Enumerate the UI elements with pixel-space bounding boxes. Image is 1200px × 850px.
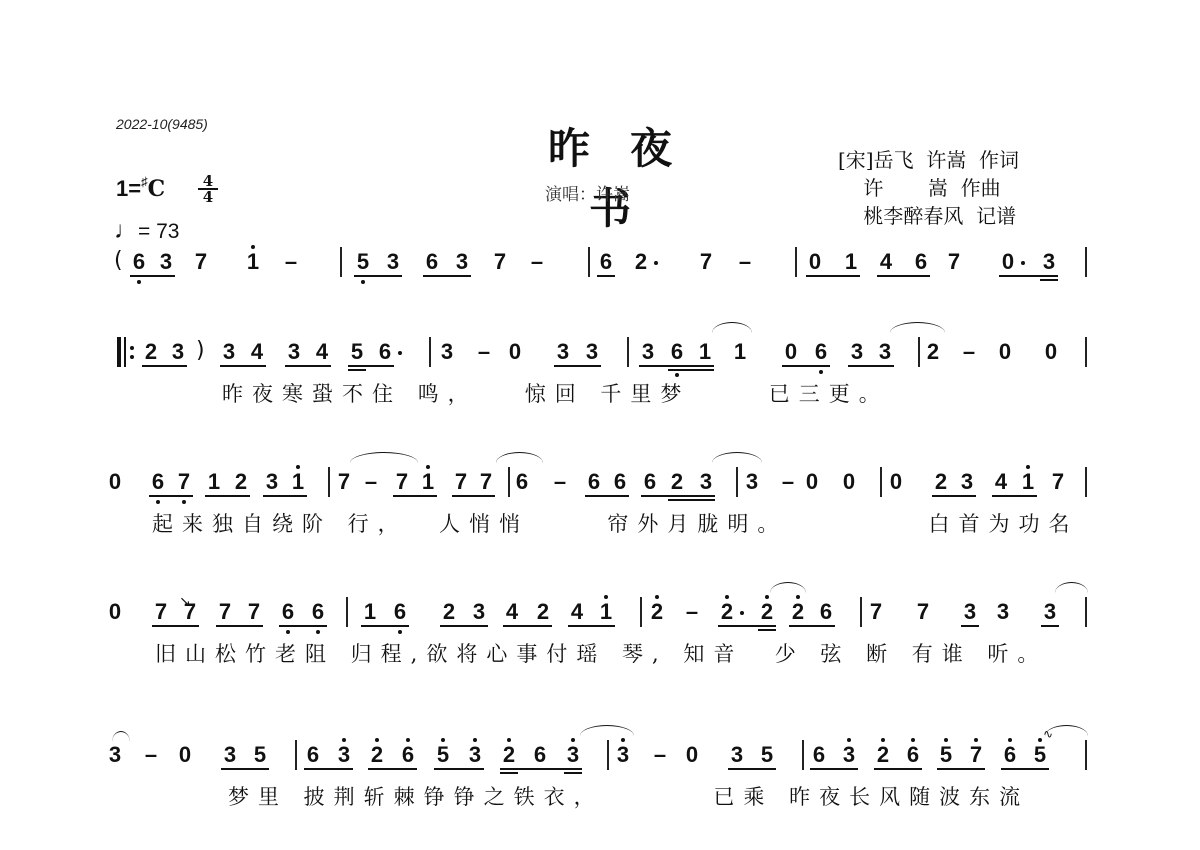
note: 5 [758, 743, 776, 767]
note: 0 [106, 470, 124, 494]
eighth-beam [789, 625, 835, 627]
sustain-dash: – [960, 340, 978, 364]
barline [295, 740, 297, 770]
note: 1 [731, 340, 749, 364]
barline [880, 467, 882, 497]
note: 6 [611, 470, 629, 494]
note: 6 [597, 250, 615, 274]
sixteenth-beam [500, 772, 518, 774]
eighth-beam [568, 625, 615, 627]
lyricist-credit: [宋]岳飞 许嵩 作词 [838, 146, 1019, 174]
key-note: C [148, 176, 166, 202]
slur-arc [890, 322, 945, 333]
note: 6 [531, 743, 549, 767]
barline [607, 740, 609, 770]
note: 2 [758, 600, 776, 624]
repeat-thick [117, 337, 121, 367]
eighth-beam [348, 365, 394, 367]
barline [736, 467, 738, 497]
note: 3 [106, 743, 124, 767]
high-octave-dot [655, 595, 659, 599]
eighth-beam [304, 768, 353, 770]
note: 3 [876, 340, 894, 364]
high-octave-dot [507, 738, 511, 742]
augmentation-dot [1021, 261, 1025, 265]
eighth-beam [452, 495, 495, 497]
note: 4 [877, 250, 895, 274]
note: 3 [220, 340, 238, 364]
note: 6 [399, 743, 417, 767]
sustain-dash: – [528, 250, 546, 274]
tempo-marking: ♩= 73 [114, 217, 179, 245]
eighth-beam [263, 495, 307, 497]
high-octave-dot [881, 738, 885, 742]
note: 0 [1042, 340, 1060, 364]
sixteenth-beam [1040, 279, 1058, 281]
note: 0 [176, 743, 194, 767]
slur-arc [350, 452, 418, 463]
note: 7 [245, 600, 263, 624]
eighth-beam [434, 768, 484, 770]
note: 6 [668, 340, 686, 364]
high-octave-dot [796, 595, 800, 599]
high-octave-dot [441, 738, 445, 742]
note: 2 [668, 470, 686, 494]
note: 2 [534, 600, 552, 624]
note: 0 [782, 340, 800, 364]
high-octave-dot [1026, 465, 1030, 469]
note: 3 [384, 250, 402, 274]
note: 3 [285, 340, 303, 364]
low-octave-dot [819, 370, 823, 374]
close-parenthesis: ) [196, 339, 205, 363]
note: 1 [205, 470, 223, 494]
note: 3 [994, 600, 1012, 624]
note: 3 [221, 743, 239, 767]
singer-credit: 演唱：许嵩 [545, 180, 630, 205]
eighth-beam [279, 625, 327, 627]
note: 6 [423, 250, 441, 274]
note: 7 [914, 600, 932, 624]
note: 3 [728, 743, 746, 767]
eighth-beam [641, 495, 715, 497]
eighth-beam [992, 495, 1037, 497]
barline [588, 247, 590, 277]
tempo-value: = 73 [138, 220, 179, 243]
note: 7 [867, 600, 885, 624]
low-octave-dot [182, 500, 186, 504]
note: 4 [568, 600, 586, 624]
note: 3 [453, 250, 471, 274]
slur-arc [712, 452, 762, 463]
note: 6 [904, 743, 922, 767]
note: 7 [175, 470, 193, 494]
low-octave-dot [361, 280, 365, 284]
eighth-beam [810, 768, 858, 770]
note: 0 [996, 340, 1014, 364]
note: 3 [554, 340, 572, 364]
barline [508, 467, 510, 497]
composer-credit: 许 嵩 作曲 [838, 174, 1019, 202]
eighth-beam [554, 365, 601, 367]
eighth-beam [393, 495, 437, 497]
note: 0 [806, 250, 824, 274]
sixteenth-beam [564, 772, 582, 774]
augmentation-dot [654, 261, 658, 265]
note: 5 [348, 340, 366, 364]
note: 1 [597, 600, 615, 624]
note: 3 [614, 743, 632, 767]
eighth-beam [999, 275, 1058, 277]
note: 3 [1041, 600, 1059, 624]
note: 7 [393, 470, 411, 494]
high-octave-dot [765, 595, 769, 599]
sustain-dash: – [142, 743, 160, 767]
augmentation-dot [740, 611, 744, 615]
barline [860, 597, 862, 627]
lyric-line: 昨夜寒蛩不住 鸣， 惊回 千里梦 已三更。 [222, 378, 889, 408]
low-octave-dot [398, 630, 402, 634]
mordent-icon: ∿ [1043, 727, 1051, 741]
high-octave-dot [974, 738, 978, 742]
sixteenth-beam [668, 499, 715, 501]
note: 2 [632, 250, 650, 274]
key-equals: = [128, 176, 141, 201]
note: 3 [438, 340, 456, 364]
note: 1 [289, 470, 307, 494]
note: 0 [999, 250, 1017, 274]
note: 7 [491, 250, 509, 274]
eighth-beam [728, 768, 776, 770]
note: 6 [1001, 743, 1019, 767]
note: 7 [192, 250, 210, 274]
eighth-beam [874, 768, 922, 770]
note: 7 [945, 250, 963, 274]
eighth-beam [718, 625, 776, 627]
tie-continuation [112, 731, 130, 742]
eighth-beam [149, 495, 193, 497]
sustain-dash: – [362, 470, 380, 494]
note: 7 [477, 470, 495, 494]
note: 2 [648, 600, 666, 624]
note: 0 [106, 600, 124, 624]
note: 2 [368, 743, 386, 767]
note: 6 [585, 470, 603, 494]
sustain-dash: – [779, 470, 797, 494]
eighth-beam [423, 275, 471, 277]
note: 6 [149, 470, 167, 494]
barline [429, 337, 431, 367]
eighth-beam [848, 365, 894, 367]
note: 3 [157, 250, 175, 274]
barline [340, 247, 342, 277]
note: 6 [812, 340, 830, 364]
slur-arc [1045, 725, 1088, 736]
sixteenth-beam [348, 369, 366, 371]
note: 1 [244, 250, 262, 274]
note: 3 [639, 340, 657, 364]
sustain-dash: – [282, 250, 300, 274]
eighth-beam [354, 275, 402, 277]
slur-arc [580, 725, 634, 736]
high-octave-dot [571, 738, 575, 742]
augmentation-dot [398, 351, 402, 355]
sixteenth-beam [758, 629, 776, 631]
note: 3 [564, 743, 582, 767]
note: 2 [500, 743, 518, 767]
note: 1 [1019, 470, 1037, 494]
note: 7 [1049, 470, 1067, 494]
eighth-beam [152, 625, 199, 627]
note: 3 [958, 470, 976, 494]
repeat-c2 [130, 355, 134, 359]
note: 6 [810, 743, 828, 767]
barline [795, 247, 797, 277]
eighth-beam [368, 768, 417, 770]
high-octave-dot [911, 738, 915, 742]
high-octave-dot [944, 738, 948, 742]
credits-block: [宋]岳飞 许嵩 作词 许 嵩 作曲 桃李醉春风 记谱 [838, 146, 1019, 230]
sustain-dash: – [651, 743, 669, 767]
note: 4 [503, 600, 521, 624]
high-octave-dot [426, 465, 430, 469]
note: 5 [434, 743, 452, 767]
high-octave-dot [406, 738, 410, 742]
sustain-dash: – [551, 470, 569, 494]
note: 3 [1040, 250, 1058, 274]
note: 6 [304, 743, 322, 767]
song-title: 昨夜书 [470, 116, 750, 236]
high-octave-dot [296, 465, 300, 469]
note: 5 [251, 743, 269, 767]
slur-arc [712, 322, 752, 333]
time-denominator: 4 [198, 190, 218, 204]
lyric-line: 旧山松竹老阻 归程,欲将心事付瑶 琴, 知音 少 弦 断 有谁 听。 [155, 638, 1047, 668]
barline [1085, 467, 1087, 497]
note: 3 [466, 743, 484, 767]
high-octave-dot [1008, 738, 1012, 742]
note: 2 [789, 600, 807, 624]
barline [802, 740, 804, 770]
note: 2 [718, 600, 736, 624]
note: 4 [992, 470, 1010, 494]
quarter-note-icon: ♩ [114, 217, 138, 244]
eighth-beam [220, 365, 266, 367]
eighth-beam [1041, 625, 1059, 627]
eighth-beam [782, 365, 830, 367]
note: 2 [142, 340, 160, 364]
eighth-beam [142, 365, 187, 367]
slur-arc [1055, 582, 1088, 593]
lyric-line: 梦里 披荆斩棘铮铮之铁衣， 已乘 昨夜长风随波东流 [228, 781, 1029, 811]
high-octave-dot [847, 738, 851, 742]
low-octave-dot [137, 280, 141, 284]
key-tonic: 1 [116, 176, 128, 201]
note: 5 [937, 743, 955, 767]
note: 3 [743, 470, 761, 494]
note: 0 [803, 470, 821, 494]
note: 6 [279, 600, 297, 624]
low-octave-dot [286, 630, 290, 634]
repeat-start-sign [117, 337, 137, 367]
note: 7 [216, 600, 234, 624]
note: 2 [874, 743, 892, 767]
low-octave-dot [156, 500, 160, 504]
high-octave-dot [342, 738, 346, 742]
eighth-beam [130, 275, 175, 277]
low-octave-dot [675, 373, 679, 377]
eighth-beam [961, 625, 979, 627]
note: 2 [232, 470, 250, 494]
note: 2 [924, 340, 942, 364]
sustain-dash: – [736, 250, 754, 274]
note: 6 [391, 600, 409, 624]
sustain-dash: – [683, 600, 701, 624]
eighth-beam [877, 275, 930, 277]
note: 0 [506, 340, 524, 364]
eighth-beam [216, 625, 263, 627]
reference-number: 2022-10(9485) [116, 116, 208, 132]
barline [1085, 247, 1087, 277]
note: 6 [309, 600, 327, 624]
eighth-beam [937, 768, 985, 770]
note: 3 [840, 743, 858, 767]
eighth-beam [503, 625, 552, 627]
barline [1085, 337, 1087, 367]
note: 0 [683, 743, 701, 767]
transcriber-credit: 桃李醉春风 记谱 [838, 202, 1019, 230]
eighth-beam [597, 275, 615, 277]
high-octave-dot [1038, 738, 1042, 742]
note: 6 [130, 250, 148, 274]
note: 6 [641, 470, 659, 494]
open-parenthesis: ( [114, 249, 123, 273]
note: 7 [697, 250, 715, 274]
note: 6 [817, 600, 835, 624]
note: 0 [887, 470, 905, 494]
eighth-beam [500, 768, 582, 770]
note: 3 [961, 600, 979, 624]
note: 7 [967, 743, 985, 767]
high-octave-dot [375, 738, 379, 742]
grace-arrow-icon: ↘ [179, 594, 191, 610]
barline [1085, 740, 1087, 770]
lyric-line: 起来独自绕阶 行， 人悄悄 帘外月胧明。 白首为功名 [152, 508, 1078, 538]
note: 7 [452, 470, 470, 494]
eighth-beam [205, 495, 250, 497]
eighth-beam [932, 495, 976, 497]
repeat-thin [124, 337, 126, 367]
note: 3 [848, 340, 866, 364]
sixteenth-beam [668, 369, 714, 371]
note: 1 [419, 470, 437, 494]
eighth-beam [1001, 768, 1049, 770]
note: 3 [697, 470, 715, 494]
slur-arc [770, 582, 806, 593]
note: 5 [354, 250, 372, 274]
high-octave-dot [251, 245, 255, 249]
time-signature: 4 4 [198, 174, 218, 204]
barline [328, 467, 330, 497]
note: 4 [248, 340, 266, 364]
note: 6 [513, 470, 531, 494]
note: 5 [1031, 743, 1049, 767]
high-octave-dot [604, 595, 608, 599]
slur-arc [496, 452, 543, 463]
high-octave-dot [473, 738, 477, 742]
note: 1 [361, 600, 379, 624]
eighth-beam [585, 495, 629, 497]
repeat-c1 [130, 346, 134, 350]
note: 3 [335, 743, 353, 767]
eighth-beam [639, 365, 714, 367]
note: 7 [152, 600, 170, 624]
barline [627, 337, 629, 367]
eighth-beam [221, 768, 269, 770]
note: 3 [169, 340, 187, 364]
note: 4 [313, 340, 331, 364]
barline [1085, 597, 1087, 627]
note: 3 [263, 470, 281, 494]
note: 1 [842, 250, 860, 274]
key-signature: 1=♯C [116, 174, 165, 202]
high-octave-dot [621, 738, 625, 742]
barline [346, 597, 348, 627]
barline [918, 337, 920, 367]
note: 6 [376, 340, 394, 364]
note: 1 [696, 340, 714, 364]
note: 3 [470, 600, 488, 624]
low-octave-dot [316, 630, 320, 634]
note: 0 [840, 470, 858, 494]
note: 3 [583, 340, 601, 364]
note: 2 [932, 470, 950, 494]
barline [640, 597, 642, 627]
eighth-beam [361, 625, 409, 627]
eighth-beam [440, 625, 488, 627]
eighth-beam [806, 275, 860, 277]
note: 6 [912, 250, 930, 274]
high-octave-dot [725, 595, 729, 599]
eighth-beam [285, 365, 331, 367]
sustain-dash: – [475, 340, 493, 364]
note: 7 [335, 470, 353, 494]
note: 2 [440, 600, 458, 624]
